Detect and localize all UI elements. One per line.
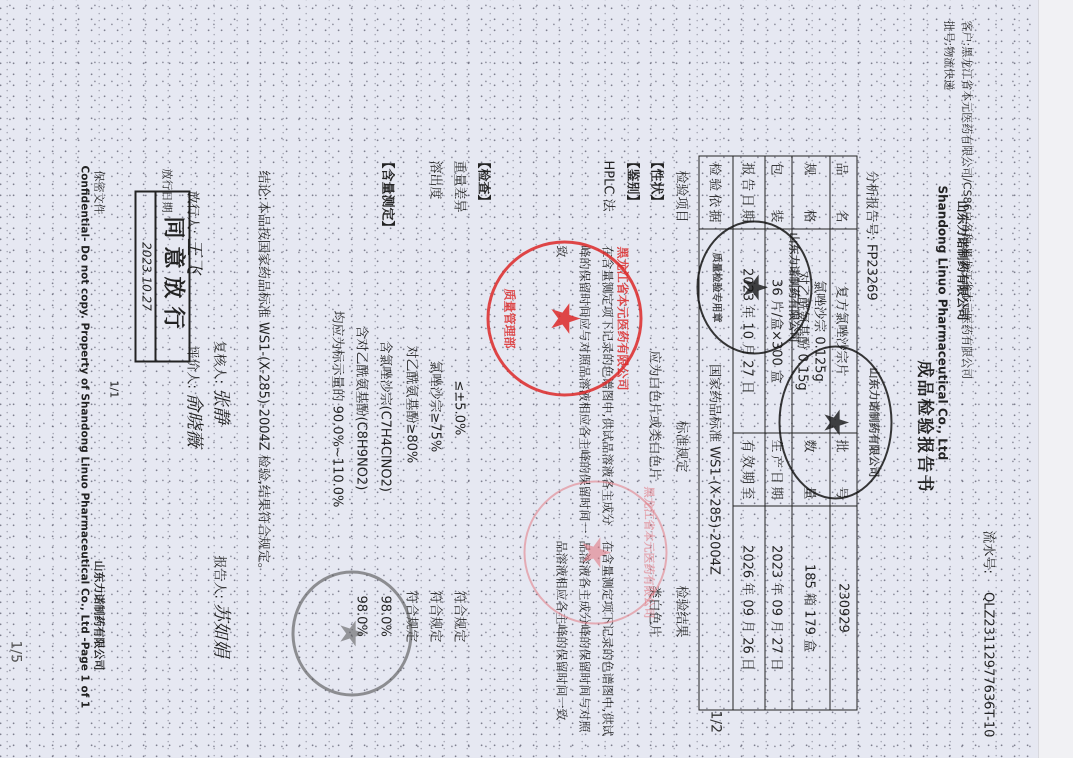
weight-variation-result: 符合规定 [453,591,466,643]
dissolution-standard-2: 对乙酰氨基酚≥80% [405,346,418,464]
serial-number: 流水号: QLZ23112977636T-10 [982,531,995,738]
gray-faded-stamp: ★ [292,571,413,697]
reporter: 报告人: 苏如娟 [212,556,230,658]
quantity-label: 数 量 [792,433,830,506]
section-assay: 【含量测定】 [381,156,394,234]
dissolution-standard-1: 氯唑沙宗≥75% [429,361,442,453]
report-number: 分析报告号: FP23269 [865,171,878,301]
product-info-table: 品 名 复方氯唑沙宗片 批 号 230929 规 格 氯唑沙宗 0.125g 对… [699,156,858,711]
serial-label: 流水号: [981,531,996,574]
weight-variation-item: 重量差异 [453,161,466,213]
batch-label: 批 号 [830,433,857,506]
reviewer: 复核人: 张静 [212,341,230,425]
reviewer-signature: 张静 [211,388,232,424]
identification-method: HPLC 法 [602,161,615,212]
identification-result: 在含量测定项下记录的色谱图中,供试品溶液各主成分峰的保留时间与对照品溶液相应各主… [550,541,619,741]
spec-line-1: 氯唑沙宗 0.125g [811,236,828,427]
shipping-line: 批号:物流快递 [944,21,955,91]
red-stamp-sub-text: 质量管理部 [502,244,519,394]
table-row: 检验依据 国家药品标准 WS1-(X-285)-2004Z [699,156,733,710]
appearance-standard: 应为白色片或类白色片 [648,351,661,481]
company-name-cn: 山东力诺制药有限公司 [957,201,969,321]
assay-range: 均应为标示量的 90.0%~110.0% [331,311,344,508]
report-date-label: 报告日期 [733,156,765,229]
release-stamp-text: 同意放行 [155,191,191,363]
release-approval-stamp: 同意放行 2023.10.27 [133,179,191,365]
col-item-header: 检验项目 [675,171,688,223]
table-row: 品 名 复方氯唑沙宗片 批 号 230929 [830,156,857,710]
dissolution-item: 溶出度 [429,161,442,200]
table-row: 报告日期 2023 年 10 月 27 日 有效期至 2026 年 09 月 2… [733,156,765,710]
dissolution-result-2: 符合规定 [405,591,418,643]
spec-label: 规 格 [792,156,830,229]
quantity-value: 185 箱 179 盒 [792,506,830,710]
batch-value: 230929 [830,506,857,710]
col-result-header: 检验结果 [675,586,688,638]
basis-label: 检验依据 [699,156,733,229]
release-date: 2023.10.27 [135,191,157,363]
basis-value: 国家药品标准 WS1-(X-285)-2004Z [699,229,733,710]
identification-standard: 在含量测定项下记录的色谱图中,供试品溶液各主成分峰的保留时间应与对照品溶液相应各… [550,246,619,536]
company-name-en: Shandong Linuo Pharmaceutical Co., Ltd [937,186,949,461]
appearance-result: 类白色片 [648,586,661,638]
expiry-label: 有效期至 [733,433,765,506]
conclusion-text: 结论:本品按国家药品标准 WS1-(X-285)-2004Z 检验,结果符合规定… [257,171,270,576]
table-row: 包 装 36 片/盒×300 盒 生产日期 2023 年 09 月 27 日 [765,156,792,710]
weight-variation-standard: ≤±5.0% [453,381,466,436]
assay-result-1: 98.0% [379,596,392,637]
inspection-report-page: 客户:黑龙江省本元医药有限公司/CS86户名称 黑龙江省本元医药有限公司 批号:… [0,1,1073,758]
expiry-date: 2026 年 09 月 26 日 [733,506,765,710]
reporter-signature: 苏如娟 [211,603,232,657]
margin-mark: 1/2 [709,711,723,734]
dissolution-result-1: 符合规定 [429,591,442,643]
table-row: 规 格 氯唑沙宗 0.125g 对乙酰氨基酚 0.15g 数 量 185 箱 1… [792,156,830,710]
col-standard-header: 标准规定 [675,421,688,473]
reporter-label: 报告人: [212,556,227,599]
production-date: 2023 年 09 月 27 日 [765,506,792,710]
confidential-en: Confidential- Do not copy. Property of S… [79,166,90,709]
serial-value: QLZ23112977636T-10 [981,592,996,737]
assay-result-2: 98.0% [355,596,368,637]
footer-company: 山东力诺制药有限公司 [94,561,105,671]
package-value: 36 片/盒×300 盒 [765,229,792,433]
page-count: 1/1 [109,381,120,399]
report-title: 成品检验报告书 [916,361,933,494]
product-name-label: 品 名 [830,156,857,229]
spec-value: 氯唑沙宗 0.125g 对乙酰氨基酚 0.15g [792,229,830,433]
product-name: 复方氯唑沙宗片 [830,229,857,433]
handwritten-page-mark: 1/5 [9,641,23,664]
section-identification: 【鉴别】 [626,156,639,208]
assay-standard-1: 含氯唑沙宗(C7H4ClNO2) [379,341,392,492]
package-label: 包 装 [765,156,792,229]
report-number-value: FP23269 [864,244,879,301]
confidential-cn: 保密文件 [94,171,105,215]
report-date: 2023 年 10 月 27 日 [733,229,765,433]
assay-standard-2: 含对乙酰氨基酚(C8H9NO2) [355,326,368,491]
evaluator-signature: 俞晓薇 [184,393,205,447]
section-tests: 【检查】 [477,156,490,208]
reviewer-label: 复核人: [212,341,227,384]
black-oval-stamp-text: 山东力诺制药有限公司 [867,348,883,498]
section-appearance: 【性状】 [650,156,663,208]
spec-line-2: 对乙酰氨基酚 0.15g [794,236,811,427]
production-date-label: 生产日期 [765,433,792,506]
report-number-label: 分析报告号: [864,171,879,240]
